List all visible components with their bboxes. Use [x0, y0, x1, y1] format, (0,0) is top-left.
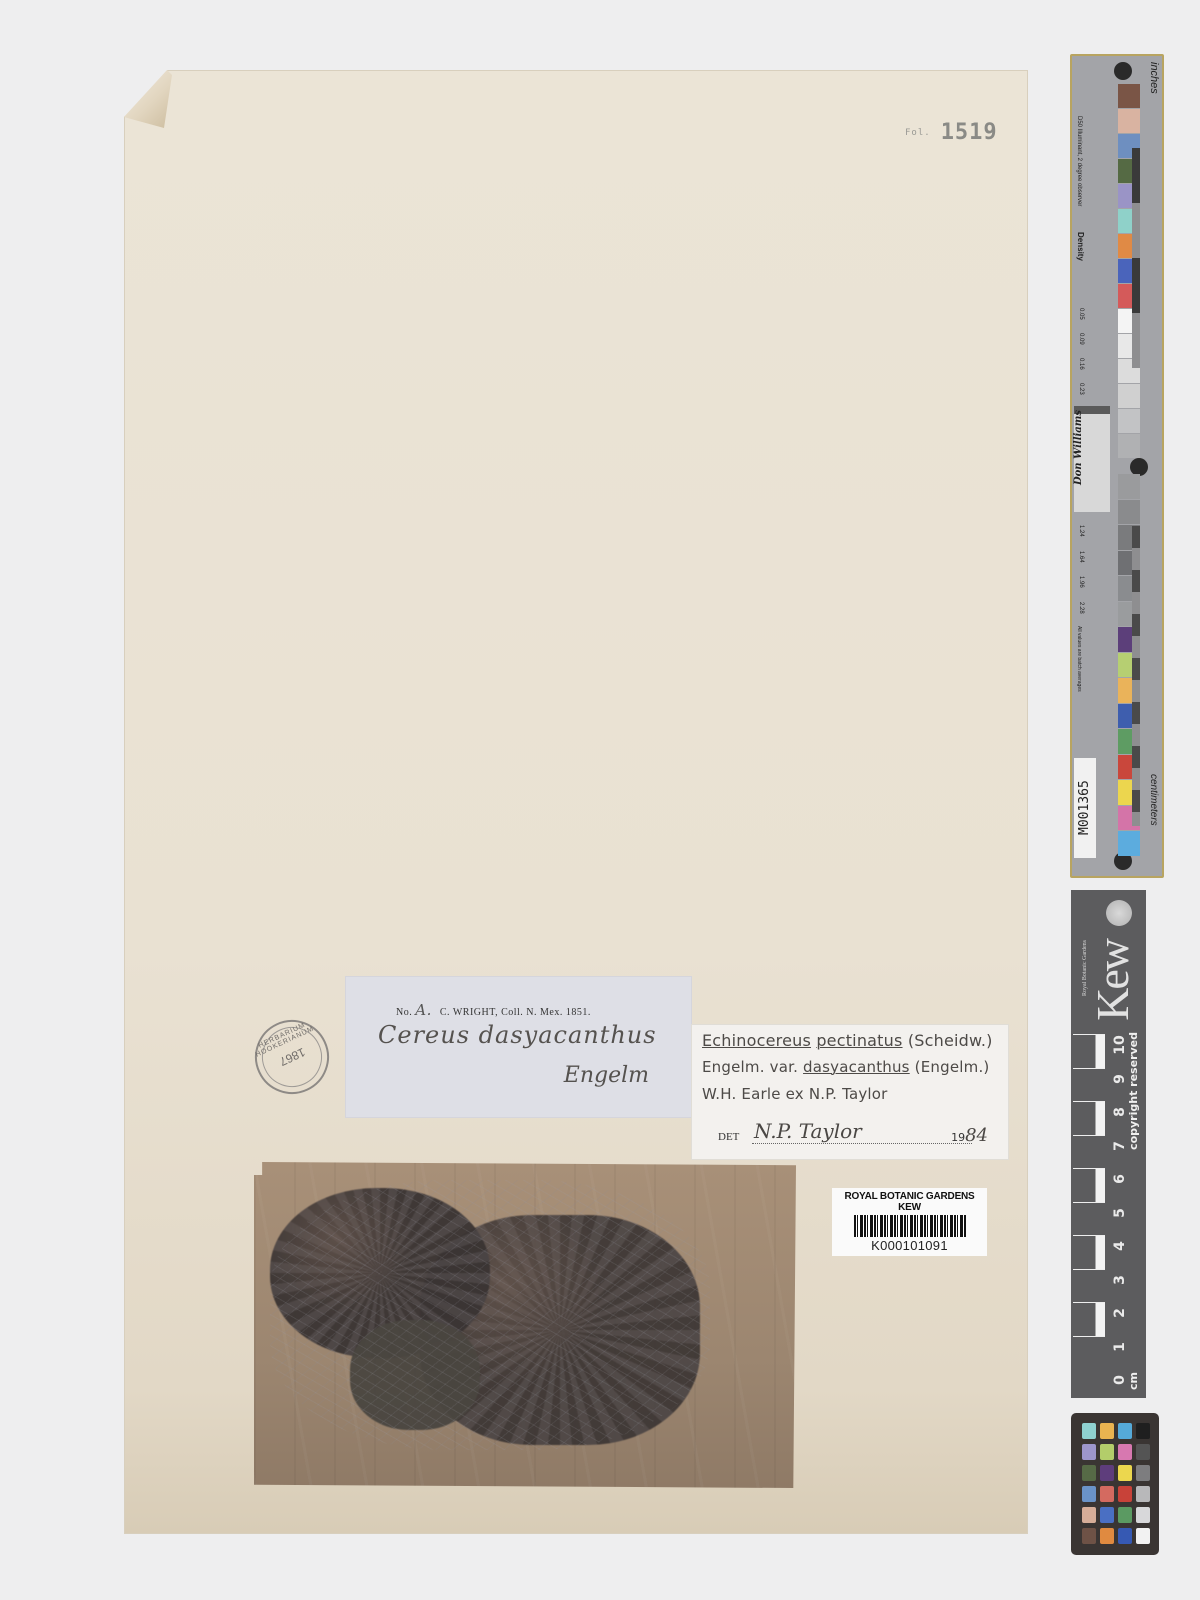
det-species: pectinatus: [816, 1031, 902, 1050]
det-var-prefix: Engelm. var.: [702, 1058, 798, 1076]
kew-copyright: copyright reserved: [1127, 1032, 1140, 1150]
ruler-swatch: [1118, 434, 1140, 458]
ruler-cm-scale: [1132, 526, 1140, 826]
barcode-icon: [854, 1215, 966, 1237]
det-signature: N.P. Taylor: [754, 1119, 862, 1143]
kew-scale-number: 4: [1112, 1236, 1128, 1256]
collector-label: No.A.C. WRIGHT, Coll. N. Mex. 1851. Cere…: [346, 977, 691, 1117]
colour-checker-cell: [1136, 1444, 1150, 1460]
kew-scale-number: 5: [1112, 1203, 1128, 1223]
colour-checker-cell: [1136, 1486, 1150, 1502]
ruler-density-value: 0.16: [1078, 358, 1084, 370]
colour-checker-cell: [1118, 1465, 1132, 1481]
colour-checker-cell: [1136, 1465, 1150, 1481]
kew-scale-segment: [1073, 1302, 1105, 1336]
barcode-institution: ROYAL BOTANIC GARDENS KEW: [832, 1191, 987, 1213]
kew-crest-icon: [1104, 898, 1134, 928]
kew-wordmark: Kew: [1090, 940, 1136, 1021]
ruler-swatch: [1118, 409, 1140, 433]
colour-checker-cell: [1082, 1507, 1096, 1523]
collector-no-value: A.: [415, 1001, 432, 1019]
kew-scale-number: 8: [1112, 1102, 1128, 1122]
kew-unit: cm: [1127, 1372, 1140, 1390]
collector-no-prefix: No.: [396, 1007, 412, 1018]
kew-scale-segment: [1073, 1168, 1105, 1202]
kew-scale-segment: [1073, 1135, 1105, 1169]
ruler-inch-scale: [1132, 148, 1140, 368]
barcode-label: ROYAL BOTANIC GARDENS KEW K000101091: [832, 1188, 987, 1256]
kew-scale-segment: [1073, 1068, 1105, 1102]
kew-scale-number: 10: [1112, 1035, 1128, 1055]
ruler-inches-label: inches: [1148, 62, 1160, 94]
kew-scale-number: 1: [1112, 1337, 1128, 1357]
ruler-density-value: 0.23: [1078, 383, 1084, 395]
handwritten-taxon: Cereus dasyacanthus: [378, 1021, 657, 1049]
colour-checker-cell: [1118, 1423, 1132, 1439]
ruler-density-label: Density: [1076, 232, 1085, 261]
ruler-swatch: [1118, 831, 1140, 856]
colour-checker-cell: [1100, 1465, 1114, 1481]
det-year-suffix: 84: [965, 1125, 988, 1146]
det-species-author: (Scheidw.): [908, 1031, 993, 1050]
handwritten-author: Engelm: [564, 1063, 649, 1088]
kew-scale-number: 7: [1112, 1136, 1128, 1156]
ruler-swatch: [1118, 500, 1140, 525]
accession-value: 1519: [941, 120, 998, 145]
ruler-density-value: 0.05: [1078, 308, 1084, 320]
ruler-illuminant-note: D50 Illuminant, 2 degree observer: [1076, 116, 1082, 206]
kew-scale-number: 0: [1112, 1370, 1128, 1390]
det-year: 1984: [951, 1125, 988, 1146]
ruler-density-value: 2.28: [1078, 602, 1084, 614]
barcode-number: K000101091: [832, 1238, 987, 1253]
colour-checker-cell: [1100, 1528, 1114, 1544]
ruler-swatch: [1118, 474, 1140, 499]
colour-checker-cell: [1136, 1528, 1150, 1544]
kew-scale-segment: [1073, 1235, 1105, 1269]
colour-checker-cell: [1136, 1507, 1150, 1523]
ruler-swatch: [1118, 109, 1140, 133]
colour-checker-cell: [1118, 1507, 1132, 1523]
kew-scale-number: 9: [1112, 1069, 1128, 1089]
colour-checker-cell: [1118, 1528, 1132, 1544]
det-genus: Echinocereus: [702, 1031, 811, 1050]
colour-checker-cell: [1082, 1486, 1096, 1502]
ruler-brand: Don Williams: [1073, 410, 1085, 485]
colour-checker-cell: [1082, 1423, 1096, 1439]
ruler-swatch: [1118, 84, 1140, 108]
accession-number: Fol.1519: [905, 120, 998, 145]
colour-checker-cell: [1100, 1444, 1114, 1460]
collector-header: No.A.C. WRIGHT, Coll. N. Mex. 1851.: [396, 1001, 591, 1019]
colour-checker-cell: [1100, 1486, 1114, 1502]
kew-scale-number: 3: [1112, 1270, 1128, 1290]
colour-checker-cell: [1136, 1423, 1150, 1439]
kew-scale-number: 6: [1112, 1169, 1128, 1189]
det-prefix: DET: [718, 1131, 739, 1143]
det-line-3: W.H. Earle ex N.P. Taylor: [702, 1085, 888, 1103]
kew-scale-segment: [1073, 1336, 1105, 1370]
ruler-density-value: 0.09: [1078, 333, 1084, 345]
colour-checker-cell: [1118, 1486, 1132, 1502]
det-dotted-line: [752, 1143, 972, 1144]
cactus-spines: [270, 1180, 710, 1450]
ruler-hole-top: [1114, 62, 1132, 80]
collector-header-text: C. WRIGHT, Coll. N. Mex. 1851.: [440, 1007, 591, 1018]
ruler-swatch: [1118, 384, 1140, 408]
colour-checker-cell: [1100, 1507, 1114, 1523]
det-year-prefix: 19: [951, 1131, 965, 1144]
determination-label: Echinocereus pectinatus (Scheidw.) Engel…: [692, 1025, 1008, 1159]
colour-checker-grid: [1082, 1423, 1150, 1544]
ruler-values-note: All values are batch averages: [1076, 626, 1082, 692]
colour-checker: [1071, 1413, 1159, 1555]
kew-scale-segment: [1073, 1269, 1105, 1303]
colour-checker-cell: [1082, 1465, 1096, 1481]
kew-cm-scale: [1073, 1034, 1105, 1392]
det-line-1: Echinocereus pectinatus (Scheidw.): [702, 1031, 993, 1050]
kew-scale-segment: [1073, 1034, 1105, 1068]
ruler-id: M001365: [1074, 758, 1096, 858]
colour-checker-cell: [1082, 1444, 1096, 1460]
det-variety-author: (Engelm.): [915, 1058, 990, 1076]
det-variety: dasyacanthus: [803, 1058, 910, 1076]
kew-scale-segment: [1073, 1101, 1105, 1135]
colour-checker-cell: [1082, 1528, 1096, 1544]
det-line-2: Engelm. var. dasyacanthus (Engelm.): [702, 1058, 989, 1076]
ruler-density-value: 1.96: [1078, 576, 1084, 588]
kew-scale-number: 2: [1112, 1303, 1128, 1323]
ruler-cm-label: centimeters: [1148, 774, 1159, 826]
kew-scale-segment: [1073, 1202, 1105, 1236]
accession-prefix: Fol.: [905, 128, 931, 138]
ruler-density-value: 1.24: [1078, 525, 1084, 537]
ruler-density-value: 1.64: [1078, 551, 1084, 563]
colour-checker-cell: [1100, 1423, 1114, 1439]
colour-checker-cell: [1118, 1444, 1132, 1460]
